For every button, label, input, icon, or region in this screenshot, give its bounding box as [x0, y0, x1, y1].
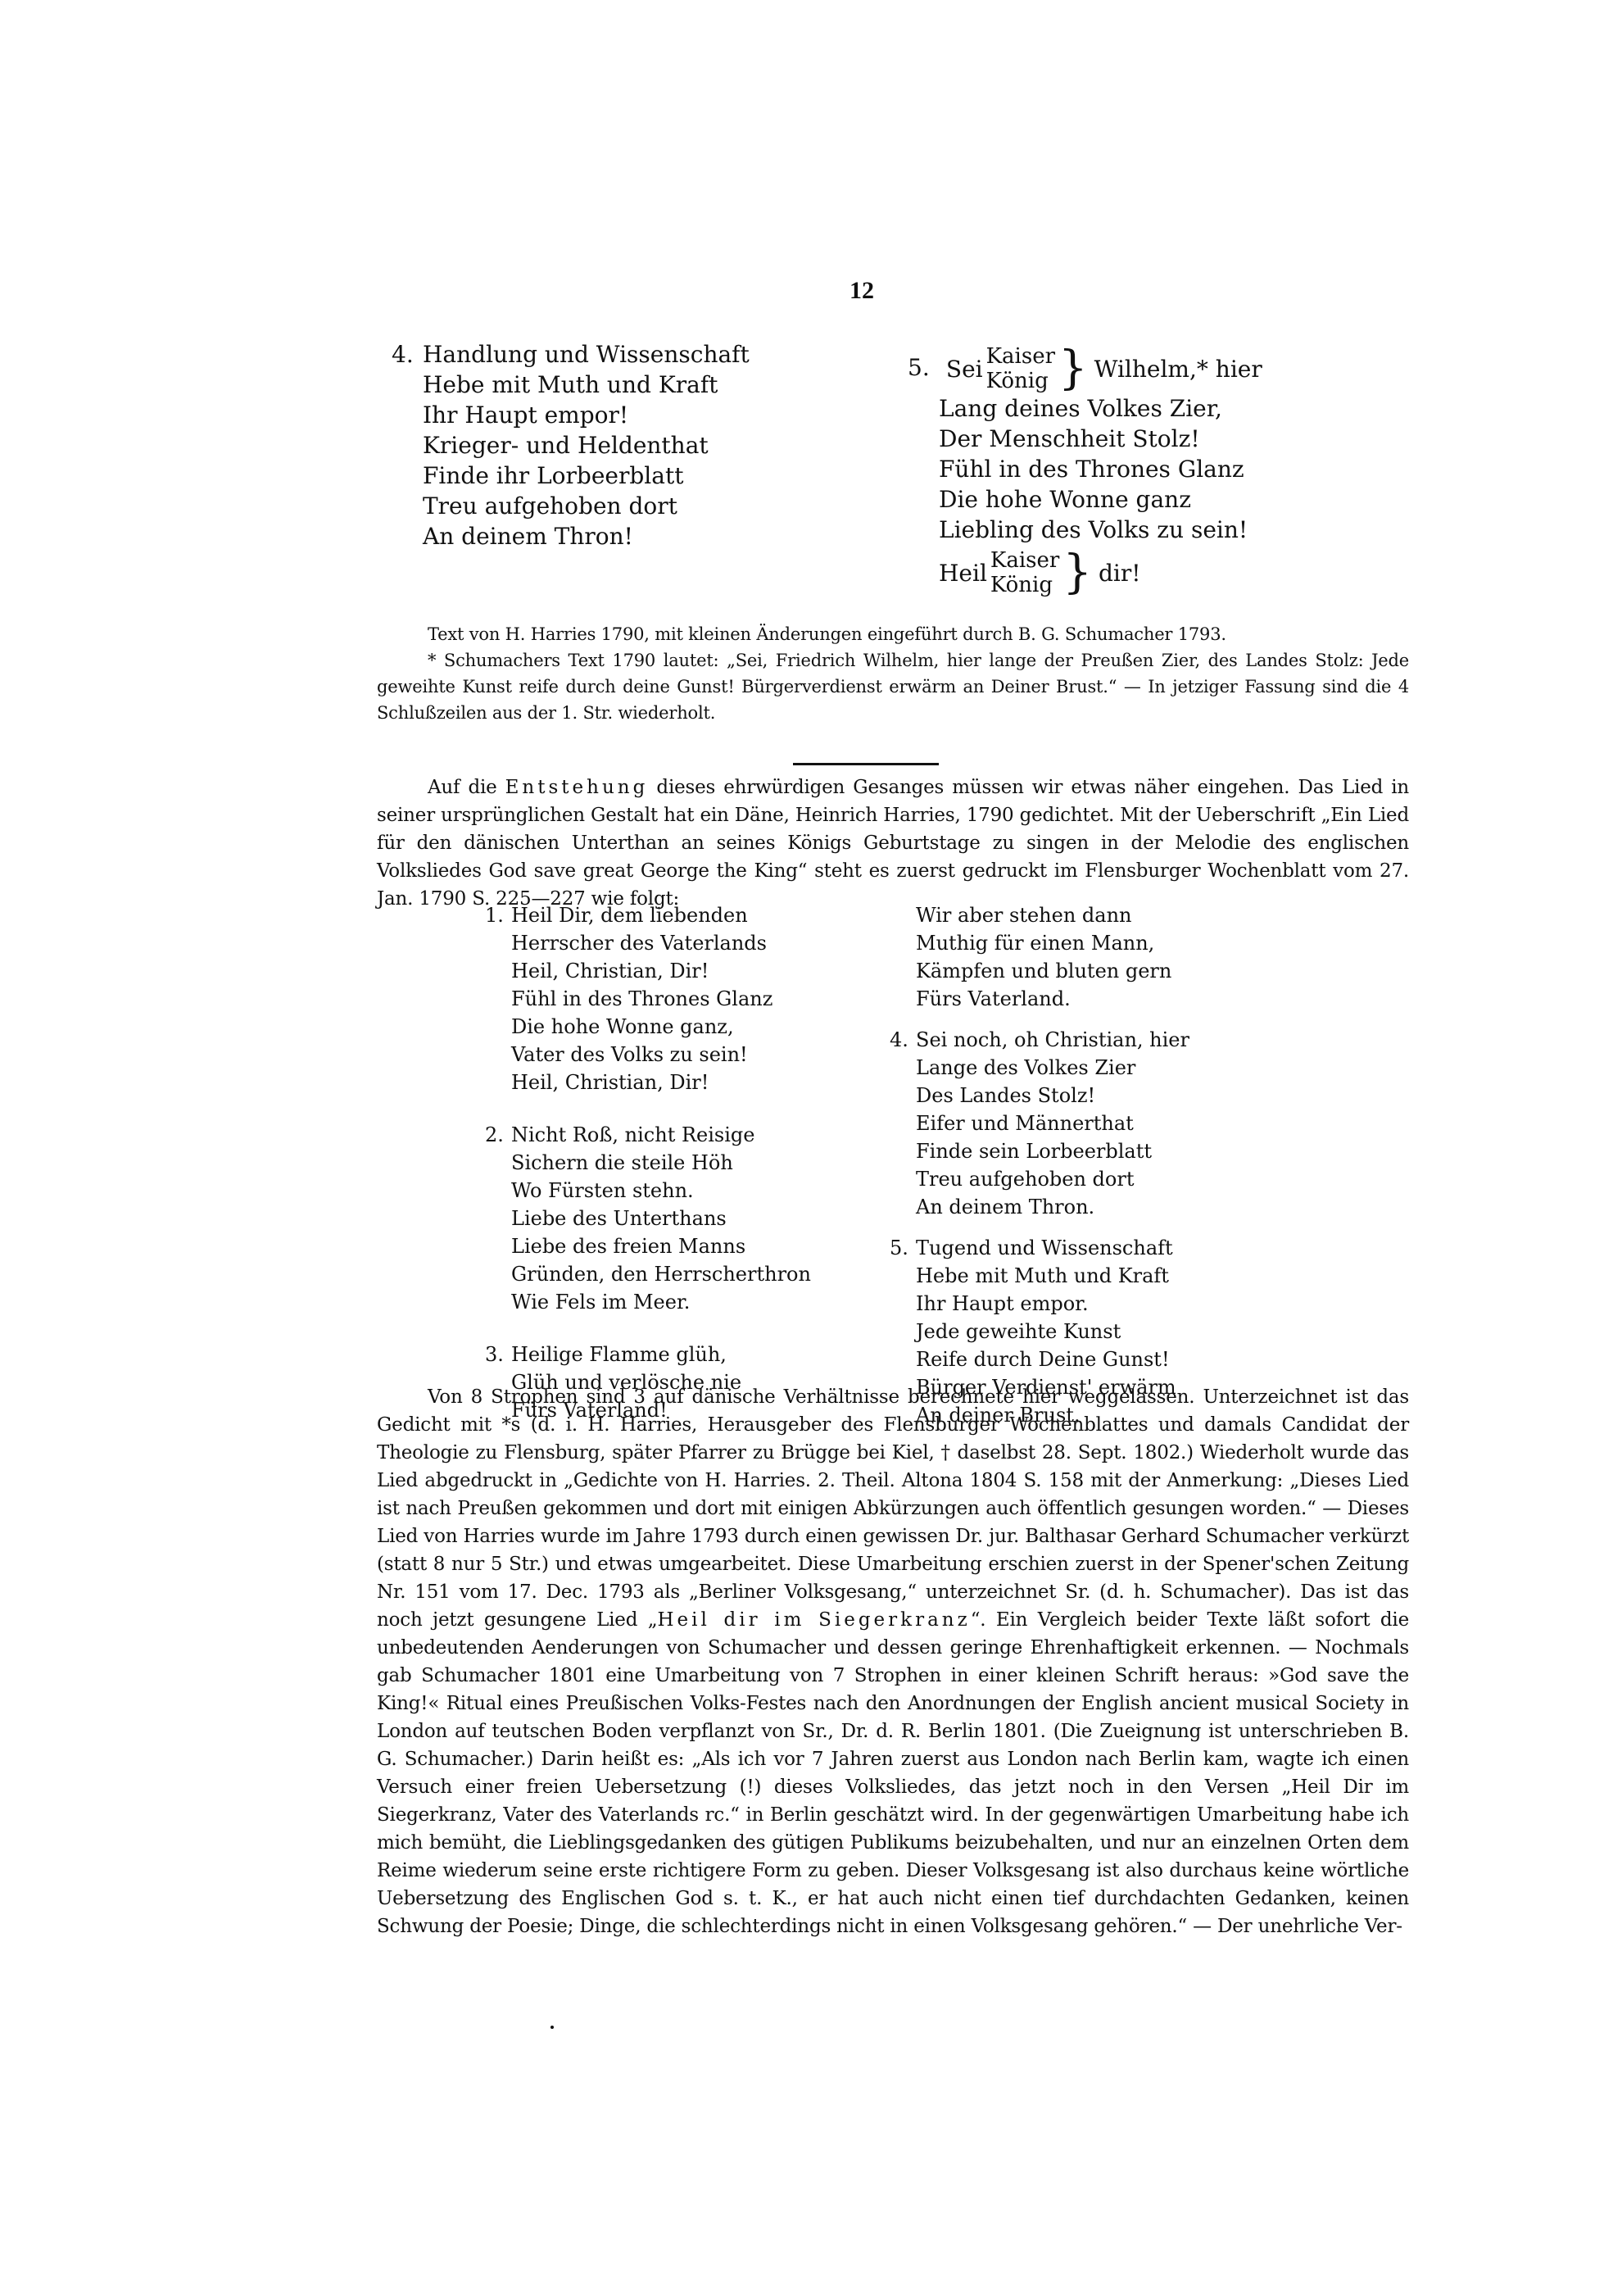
stanza-5-last-line: Heil Kaiser König } dir!	[908, 548, 1262, 597]
stanza-5-top: 5. Sei Kaiser König } Wilhelm,* hier Lan…	[908, 344, 1262, 597]
verse-line: 1.Heil Dir, dem liebenden	[485, 901, 811, 929]
original-song-right-column: Wir aber stehen dannMuthig für einen Man…	[890, 901, 1189, 1454]
verse-line: Heil, Christian, Dir!	[485, 957, 811, 985]
stanza-number: 4.	[890, 1026, 916, 1054]
stanza-number: 1.	[485, 901, 511, 929]
verse-line: 2.Nicht Roß, nicht Reisige	[485, 1121, 811, 1149]
brace-bottom: König	[986, 369, 1055, 393]
verse-line: Gründen, den Herrscherthron	[485, 1260, 811, 1288]
section-divider	[793, 763, 939, 765]
prefix: Sei	[946, 354, 983, 384]
verse-line: Fühl in des Thrones Glanz	[485, 985, 811, 1013]
brace-top: Kaiser	[990, 548, 1059, 573]
stanza-number: 5.	[908, 352, 939, 383]
verse-line: An deinem Thron.	[890, 1193, 1189, 1221]
curly-brace-icon: }	[1058, 346, 1088, 392]
suffix: Wilhelm,* hier	[1094, 354, 1262, 384]
verse-line: Eifer und Männerthat	[890, 1109, 1189, 1137]
verse-line: Reife durch Deine Gunst!	[890, 1345, 1189, 1373]
original-stanza: 1.Heil Dir, dem liebendenHerrscher des V…	[485, 901, 811, 1096]
original-stanza: 2.Nicht Roß, nicht ReisigeSichern die st…	[485, 1121, 811, 1316]
verse-line: Krieger- und Heldenthat	[392, 430, 750, 461]
verse-line: Wie Fels im Meer.	[485, 1288, 811, 1316]
verse-line: Lang deines Volkes Zier,	[908, 393, 1262, 424]
verse-line: Wo Fürsten stehn.	[485, 1177, 811, 1205]
page-number: 12	[850, 277, 874, 305]
verse-line: Die hohe Wonne ganz	[908, 484, 1262, 515]
verse-line: 4.Sei noch, oh Christian, hier	[890, 1026, 1189, 1054]
attribution-note: Text von H. Harries 1790, mit kleinen Än…	[377, 621, 1409, 647]
verse-line: 3.Heilige Flamme glüh,	[485, 1341, 811, 1368]
verse-line: An deinem Thron!	[392, 521, 750, 551]
verse-line: Fürs Vaterland.	[890, 985, 1189, 1013]
verse-line: 4.Handlung und Wissenschaft	[392, 339, 750, 370]
verse-line: Hebe mit Muth und Kraft	[890, 1262, 1189, 1290]
verse-line: 5.Tugend und Wissenschaft	[890, 1234, 1189, 1262]
verse-line: Kämpfen und bluten gern	[890, 957, 1189, 985]
verse-line: Lange des Volkes Zier	[890, 1054, 1189, 1082]
verse-line: Heil, Christian, Dir!	[485, 1069, 811, 1096]
asterisk-footnote: * Schumachers Text 1790 lautet: „Sei, Fr…	[377, 647, 1409, 726]
verse-line: Jede geweihte Kunst	[890, 1318, 1189, 1345]
verse-line: Der Menschheit Stolz!	[908, 424, 1262, 454]
suffix: dir!	[1099, 558, 1141, 588]
stanza-5-first-line: 5. Sei Kaiser König } Wilhelm,* hier	[908, 344, 1262, 393]
intro-paragraph: Auf die Entstehung dieses ehrwürdigen Ge…	[377, 774, 1409, 913]
original-stanza: Wir aber stehen dannMuthig für einen Man…	[890, 901, 1189, 1013]
verse-line: Herrscher des Vaterlands	[485, 929, 811, 957]
brace-top: Kaiser	[986, 344, 1055, 369]
stanza-number: 3.	[485, 1341, 511, 1368]
original-stanza: 4.Sei noch, oh Christian, hierLange des …	[890, 1026, 1189, 1221]
verse-line: Finde sein Lorbeerblatt	[890, 1137, 1189, 1165]
prefix: Heil	[939, 558, 987, 588]
verse-line: Liebe des Unterthans	[485, 1205, 811, 1232]
song-title-spaced: Heil dir im Siegerkranz	[657, 1609, 970, 1631]
verse-line: Wir aber stehen dann	[890, 901, 1189, 929]
verse-line: Liebe des freien Manns	[485, 1232, 811, 1260]
closing-paragraph: Von 8 Strophen sind 3 auf dänische Verhä…	[377, 1383, 1409, 1940]
verse-line: Des Landes Stolz!	[890, 1082, 1189, 1109]
verse-line: Treu aufgehoben dort	[890, 1165, 1189, 1193]
verse-line: Hebe mit Muth und Kraft	[392, 370, 750, 400]
verse-line: Vater des Volks zu sein!	[485, 1041, 811, 1069]
verse-line: Die hohe Wonne ganz,	[485, 1013, 811, 1041]
verse-line: Ihr Haupt empor!	[392, 400, 750, 430]
stanza-4-top: 4.Handlung und WissenschaftHebe mit Muth…	[392, 339, 750, 551]
stray-mark	[550, 2026, 554, 2029]
verse-line: Treu aufgehoben dort	[392, 491, 750, 521]
verse-line: Sichern die steile Höh	[485, 1149, 811, 1177]
stanza-number: 2.	[485, 1121, 511, 1149]
verse-line: Liebling des Volks zu sein!	[908, 515, 1262, 545]
verse-line: Ihr Haupt empor.	[890, 1290, 1189, 1318]
brace-bottom: König	[990, 573, 1059, 597]
curly-brace-icon: }	[1062, 550, 1092, 596]
verse-line: Fühl in des Thrones Glanz	[908, 454, 1262, 484]
stanza-number: 5.	[890, 1234, 916, 1262]
verse-line: Muthig für einen Mann,	[890, 929, 1189, 957]
original-song-left-column: 1.Heil Dir, dem liebendenHerrscher des V…	[485, 901, 811, 1449]
verse-line: Finde ihr Lorbeerblatt	[392, 461, 750, 491]
spaced-emphasis: Entstehung	[505, 777, 649, 798]
stanza-number: 4.	[392, 339, 423, 370]
footnotes: Text von H. Harries 1790, mit kleinen Än…	[377, 621, 1409, 726]
